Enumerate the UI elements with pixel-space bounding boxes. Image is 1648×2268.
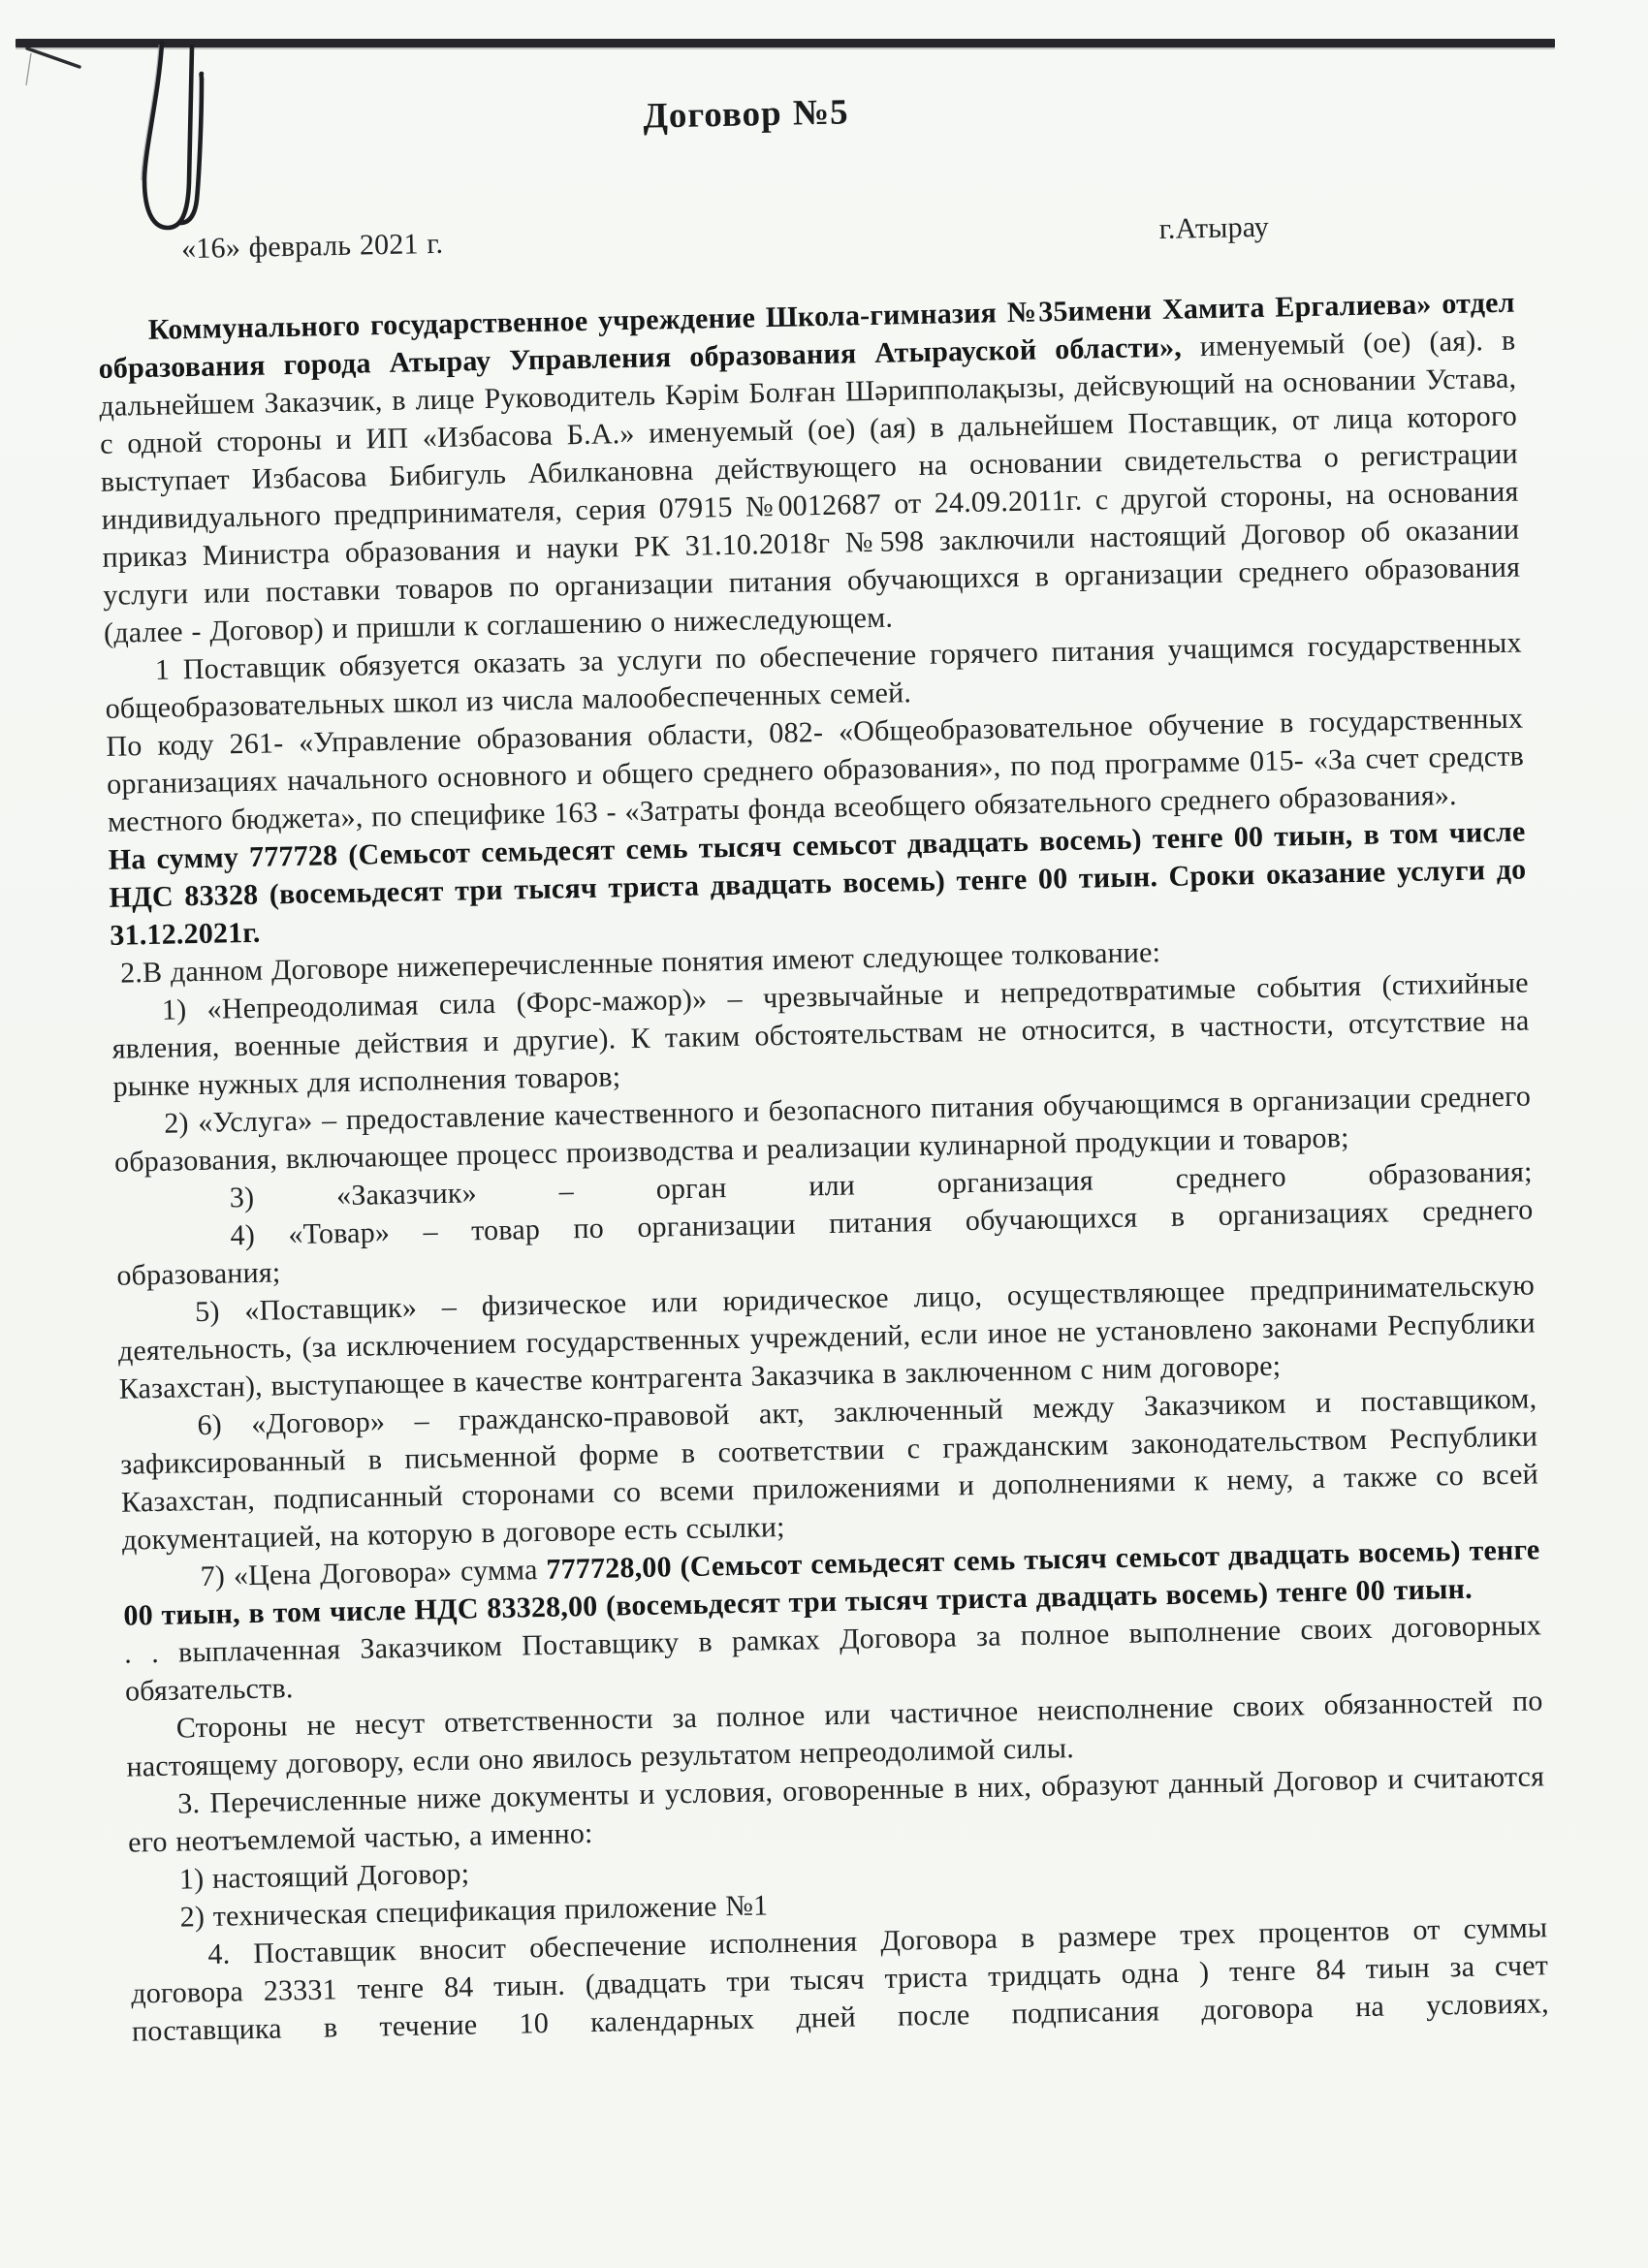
contract-body: Коммунального государственное учреждение… [97,284,1549,2051]
contract-document: Договор №5 «16» февраль 2021 г. г.Атырау… [93,69,1549,2051]
document-title: Договор №5 [37,81,1454,147]
paragraph-def-contract: 6) «Договор» – гражданско-правовой акт, … [119,1379,1539,1559]
contract-city: г.Атырау [1158,208,1269,248]
scanned-page: Договор №5 «16» февраль 2021 г. г.Атырау… [0,0,1648,2268]
scan-edge-line [16,39,1555,47]
paragraph-def-price-label: 7) «Цена Договора» сумма [200,1554,546,1592]
contract-date: «16» февраль 2021 г. [181,225,444,268]
paragraph-parties: Коммунального государственное учреждение… [97,284,1521,652]
date-city-row: «16» февраль 2021 г. г.Атырау [96,204,1513,269]
scan-corner-mark-icon [17,41,114,99]
